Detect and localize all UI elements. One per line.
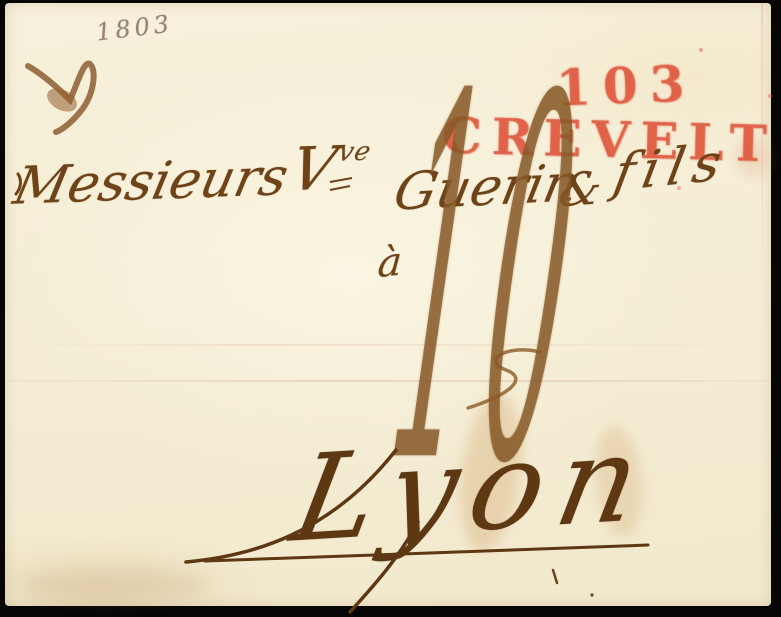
lyon-leadin-flourish [186, 450, 396, 562]
ink-speck [590, 593, 593, 596]
red-speck-1 [699, 48, 703, 52]
mid-curl-flourish [468, 350, 540, 408]
red-speck-3 [677, 186, 681, 190]
lyon-underline-flourish [205, 545, 648, 561]
vve-abbreviation-dashes [330, 178, 352, 190]
manuscript-flourish-layer [0, 0, 781, 617]
red-speck-2 [768, 94, 773, 99]
lyon-y-descender [350, 522, 418, 612]
address-leading-comma-mark [16, 174, 20, 194]
scan-background: 1803 103 CREVELT Messieurs Vve Guerin & … [0, 0, 781, 617]
ink-tick-mark [553, 570, 557, 583]
